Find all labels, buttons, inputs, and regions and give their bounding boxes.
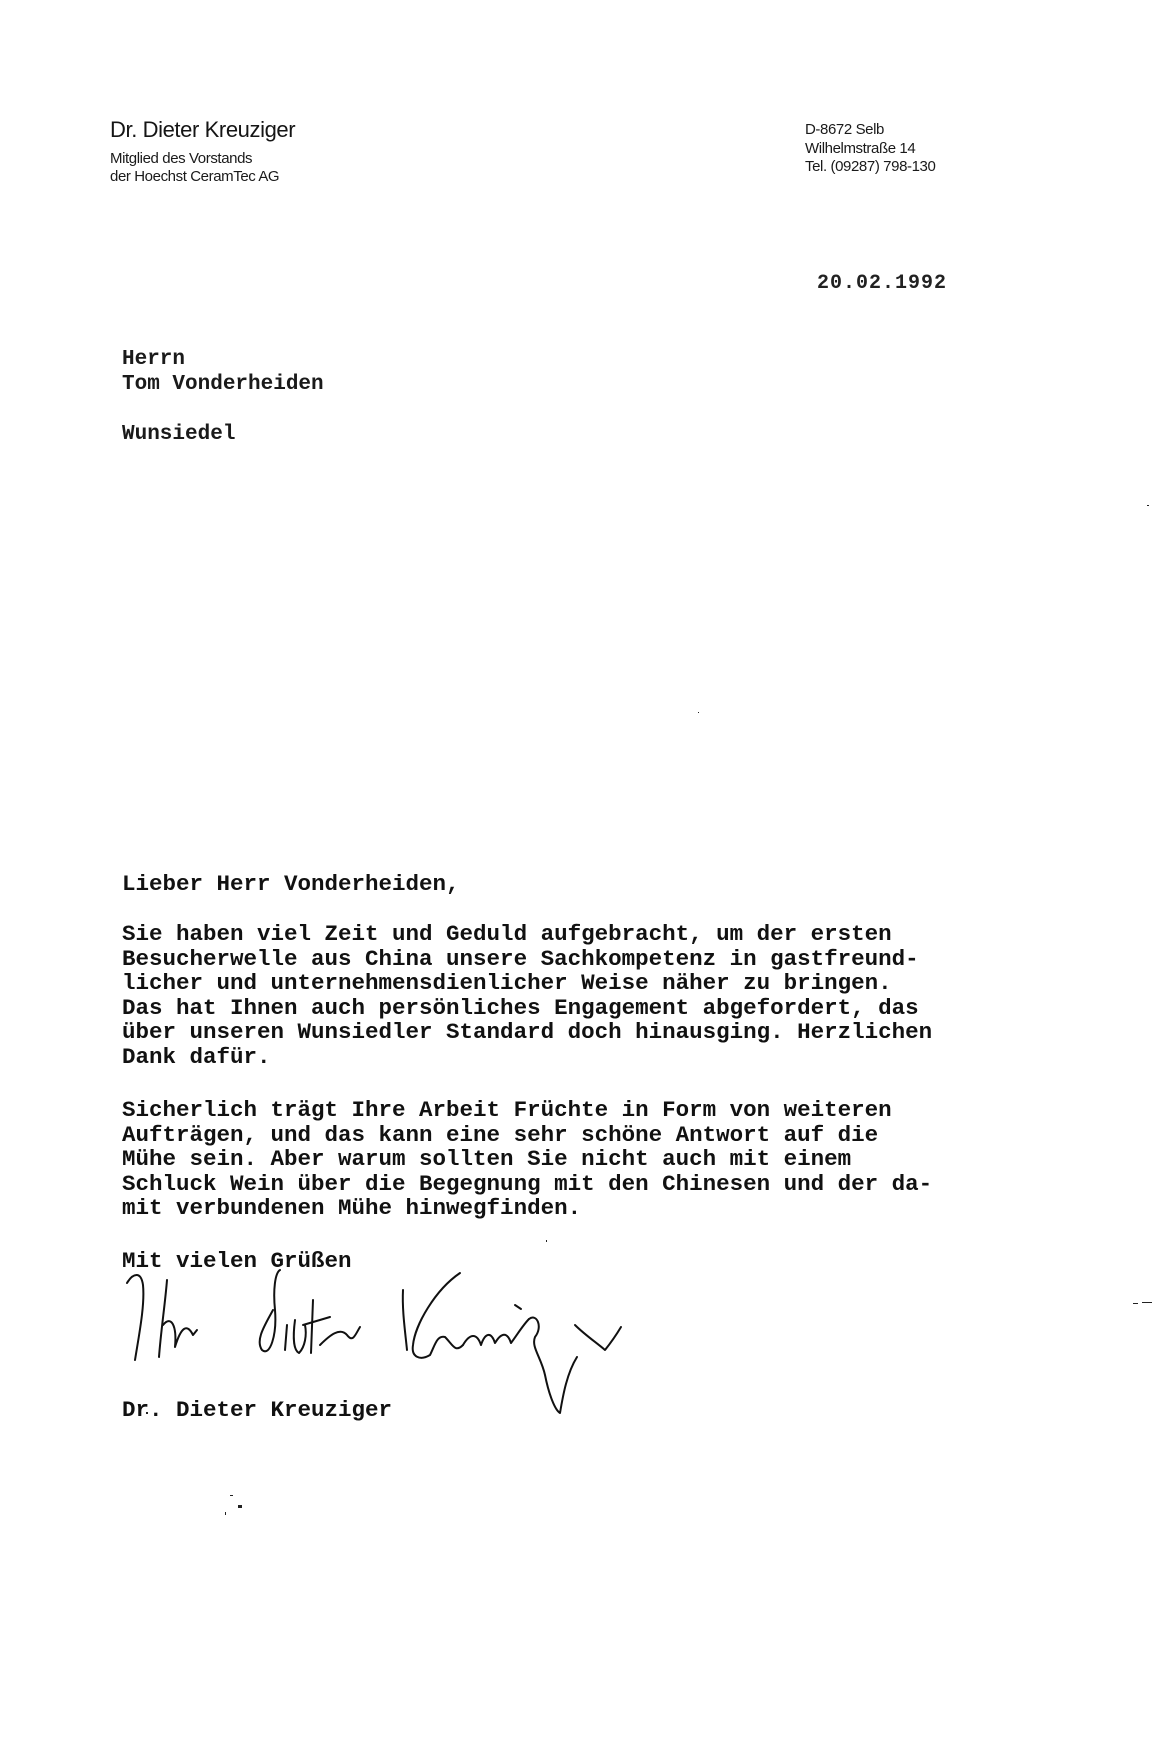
sender-name: Dr. Dieter Kreuziger bbox=[110, 117, 295, 143]
sender-role-line: der Hoechst CeramTec AG bbox=[110, 168, 279, 186]
signer-name: Dr. Dieter Kreuziger bbox=[122, 1397, 392, 1423]
scan-speck bbox=[1133, 1303, 1138, 1304]
scan-speck bbox=[1142, 1302, 1152, 1303]
address-line: Wilhelmstraße 14 bbox=[805, 140, 935, 159]
recipient-name: Tom Vonderheiden bbox=[122, 372, 324, 397]
body-paragraph: Sicherlich trägt Ihre Arbeit Früchte in … bbox=[122, 1098, 932, 1221]
letter-date: 20.02.1992 bbox=[817, 272, 947, 295]
recipient-block: Herrn Tom Vonderheiden Wunsiedel bbox=[122, 347, 324, 447]
scan-speck bbox=[238, 1505, 242, 1508]
address-line: Tel. (09287) 798-130 bbox=[805, 158, 935, 177]
address-line: D-8672 Selb bbox=[805, 121, 935, 140]
recipient-salutation: Herrn bbox=[122, 347, 324, 372]
body-paragraph: Sie haben viel Zeit und Geduld aufgebrac… bbox=[122, 922, 932, 1069]
letter-page: Dr. Dieter Kreuziger Mitglied des Vorsta… bbox=[0, 0, 1169, 1754]
scan-speck bbox=[1147, 505, 1149, 506]
scan-speck bbox=[230, 1495, 233, 1496]
recipient-city: Wunsiedel bbox=[122, 422, 324, 447]
sender-role: Mitglied des Vorstands der Hoechst Ceram… bbox=[110, 150, 279, 186]
sender-address: D-8672 Selb Wilhelmstraße 14 Tel. (09287… bbox=[805, 121, 935, 177]
scan-speck bbox=[546, 1240, 547, 1242]
scan-speck bbox=[698, 712, 699, 713]
sender-role-line: Mitglied des Vorstands bbox=[110, 150, 279, 168]
salutation: Lieber Herr Vonderheiden, bbox=[122, 871, 460, 897]
scan-speck bbox=[146, 1412, 148, 1414]
scan-speck bbox=[225, 1512, 226, 1515]
